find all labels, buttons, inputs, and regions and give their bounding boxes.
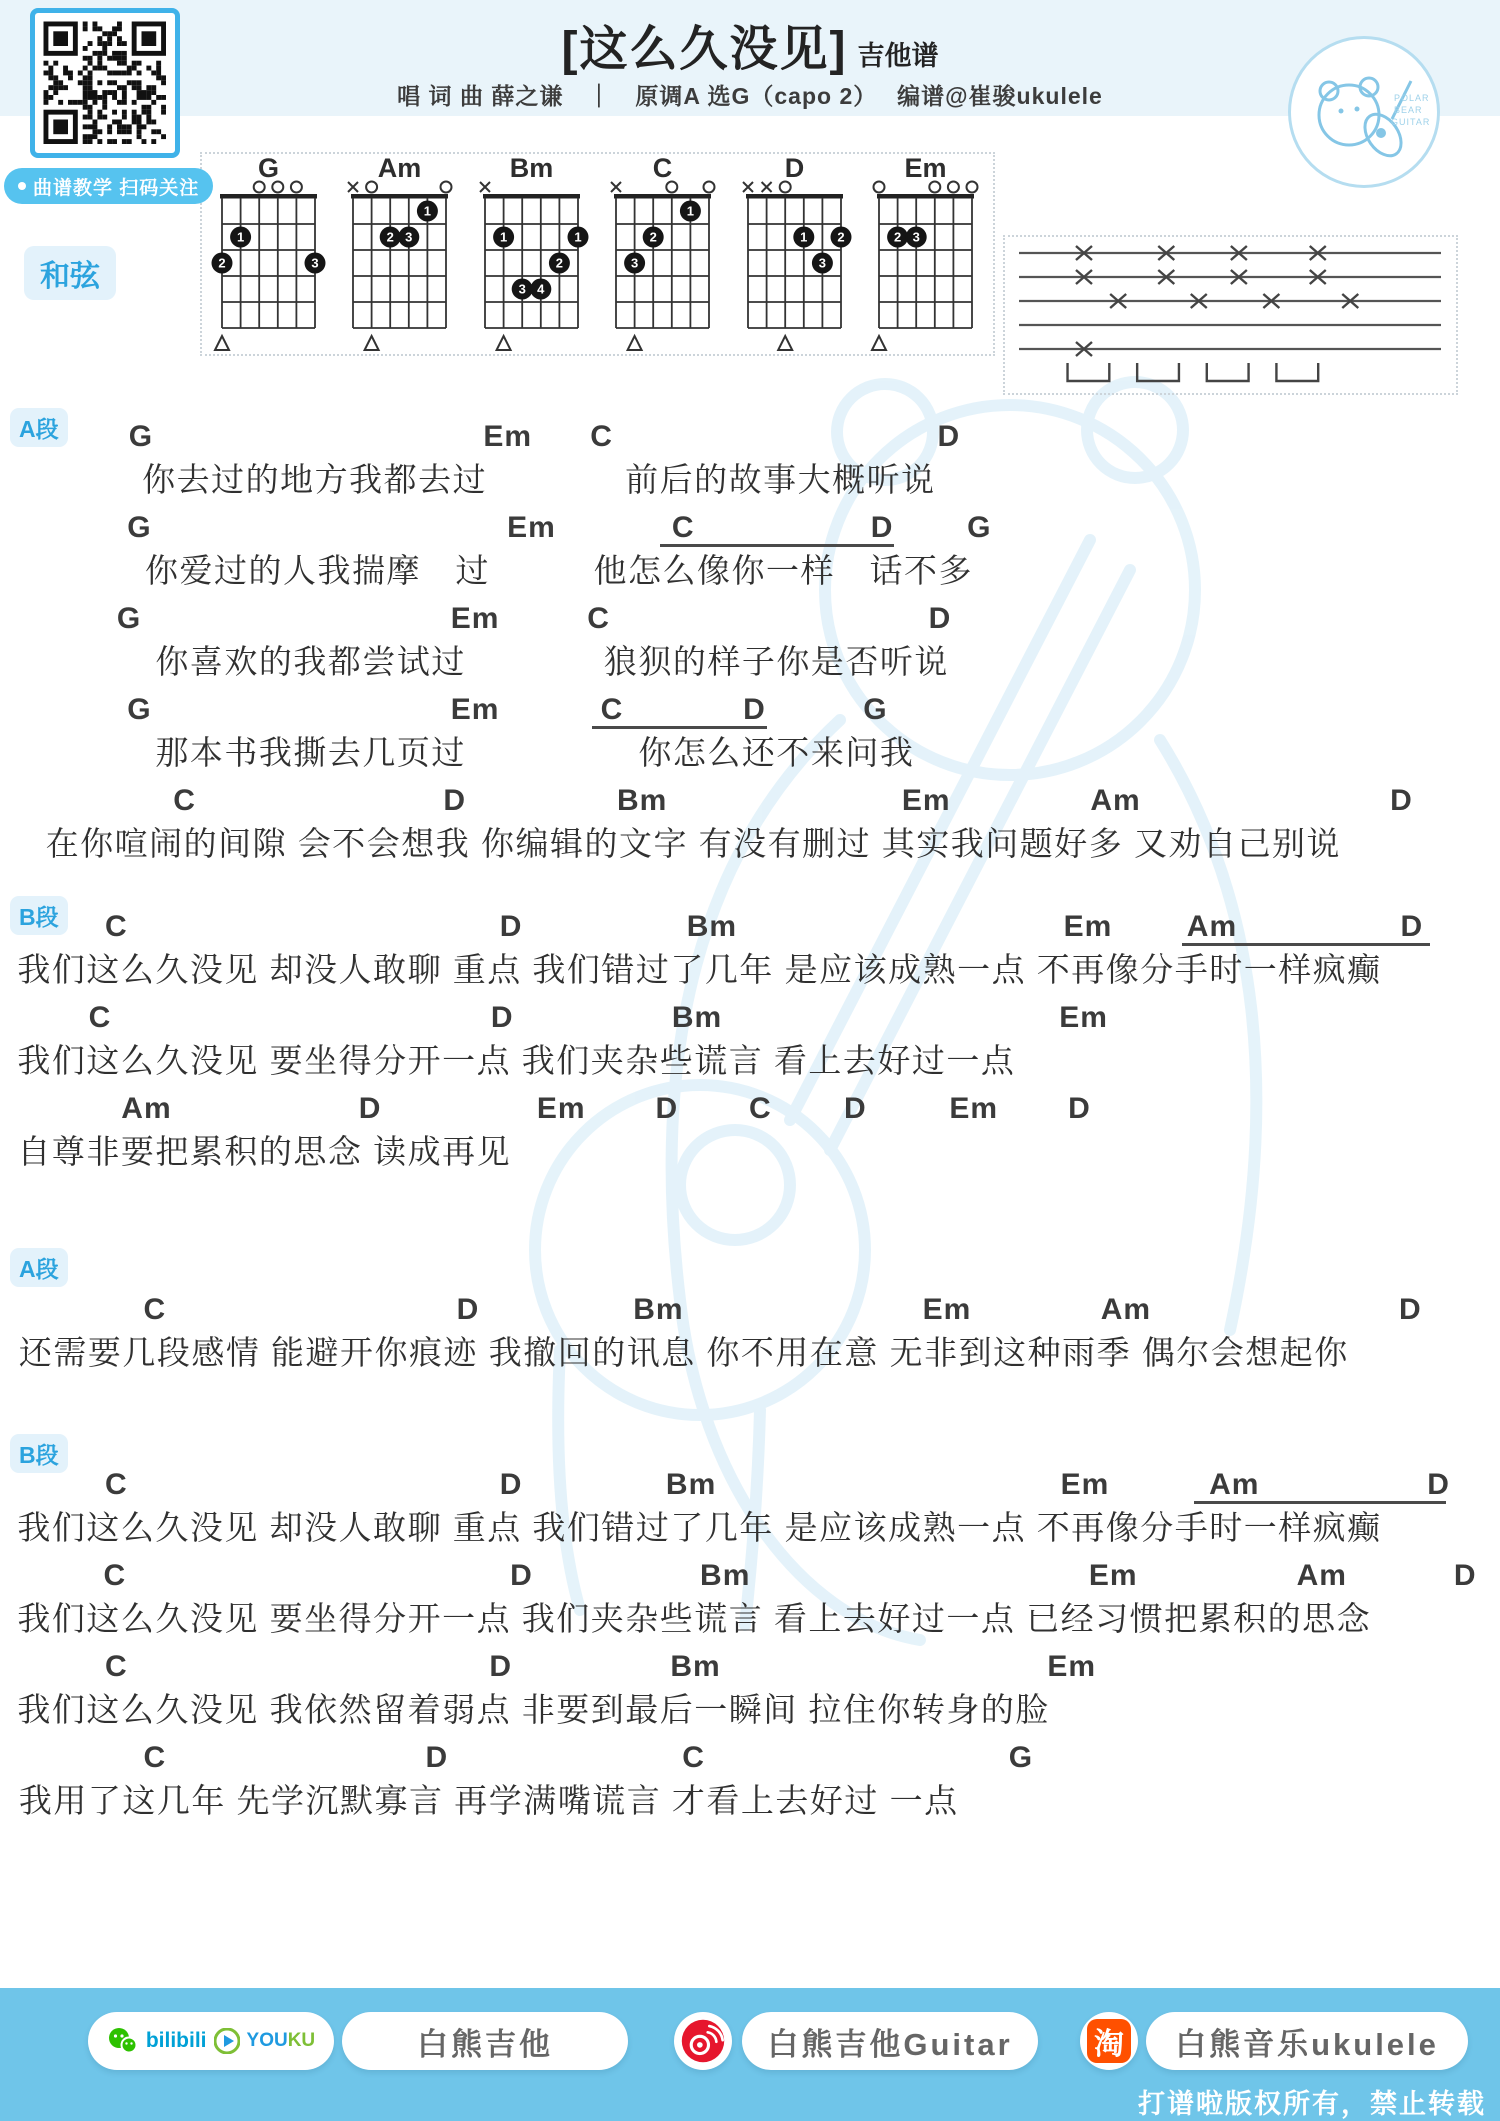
sheet-page: [这么久没见]吉他谱 唱 词 曲 薛之谦 ｜ 原调A 选G（capo 2） 编谱… bbox=[0, 0, 1500, 2121]
chord-label: D bbox=[443, 784, 466, 818]
svg-text:3: 3 bbox=[311, 256, 318, 271]
chord-label: C bbox=[587, 602, 610, 636]
chord-label: D bbox=[489, 1650, 512, 1684]
chord-label: D bbox=[871, 511, 894, 545]
chord-label: D bbox=[500, 910, 523, 944]
svg-text:2: 2 bbox=[218, 256, 225, 271]
lyric-line: 我们这么久没见 却没人敢聊 重点 我们错过了几年 是应该成熟一点 不再像分手时一… bbox=[10, 946, 1494, 993]
chord-line: CDBmEm bbox=[10, 993, 1494, 1037]
badge-baixiong-jita: 白熊吉他 bbox=[342, 2012, 628, 2070]
youku-logo: YOUKU bbox=[247, 2030, 316, 2052]
page-title: [这么久没见]吉他谱 bbox=[0, 10, 1500, 79]
svg-text:G: G bbox=[258, 154, 279, 183]
chord-label: D bbox=[1427, 1468, 1450, 1502]
svg-text:3: 3 bbox=[913, 230, 920, 245]
svg-text:1: 1 bbox=[500, 230, 507, 245]
chord-label: Em bbox=[451, 602, 500, 636]
chord-label: Bm bbox=[700, 1559, 750, 1593]
lyric-line: 你喜欢的我都尝试过 狼狈的样子你是否听说 bbox=[10, 638, 1494, 685]
chord-label: G bbox=[863, 693, 887, 727]
svg-text:Bm: Bm bbox=[510, 154, 554, 183]
chord-label: Em bbox=[507, 511, 556, 545]
bear-logo-drawing: POLAR BEAR GUITAR bbox=[1291, 39, 1437, 185]
lyric-line: 你去过的地方我都去过 前后的故事大概听说 bbox=[10, 456, 1494, 503]
chord-label: D bbox=[743, 693, 766, 727]
qr-code bbox=[30, 8, 180, 158]
svg-text:2: 2 bbox=[556, 256, 563, 271]
copyright-notice: 打谱啦版权所有，禁止转载 bbox=[1138, 2082, 1486, 2121]
chord-label: Am bbox=[1209, 1468, 1259, 1502]
chord-line: CDCG bbox=[10, 1733, 1494, 1777]
chord-label: Bm bbox=[687, 910, 737, 944]
bilibili-logo: bilibili bbox=[146, 2029, 207, 2053]
chord-label: Bm bbox=[670, 1650, 720, 1684]
lyric-line: 我们这么久没见 我依然留着弱点 非要到最后一瞬间 拉住你转身的脸 bbox=[10, 1686, 1494, 1733]
chord-line: CDBmEmAmD bbox=[10, 776, 1494, 820]
chord-label: Am bbox=[121, 1092, 171, 1126]
chord-label: D bbox=[1390, 784, 1413, 818]
chord-underline bbox=[1182, 943, 1430, 946]
svg-text:1: 1 bbox=[687, 204, 694, 219]
chord-label: Em bbox=[902, 784, 951, 818]
chord-label: G bbox=[127, 693, 151, 727]
chord-diagram-Bm: Bm11234 bbox=[468, 154, 596, 354]
chord-label: Am bbox=[1090, 784, 1140, 818]
chord-label: Em bbox=[1064, 910, 1113, 944]
chord-label: Em bbox=[537, 1092, 586, 1126]
chord-label: C bbox=[105, 910, 128, 944]
badge-baixiong-ukulele: 白熊音乐ukulele bbox=[1146, 2012, 1468, 2070]
section-4: B段CDBmEmAmD我们这么久没见 却没人敢聊 重点 我们错过了几年 是应该成… bbox=[10, 1460, 1494, 1824]
chord-label: C bbox=[105, 1650, 128, 1684]
chords-section-label: 和弦 bbox=[24, 246, 116, 300]
chord-line: CDBmEm bbox=[10, 1642, 1494, 1686]
chord-label: Bm bbox=[633, 1293, 683, 1327]
svg-text:POLAR: POLAR bbox=[1394, 93, 1430, 103]
svg-text:2: 2 bbox=[894, 230, 901, 245]
chord-label: Em bbox=[1047, 1650, 1096, 1684]
platform-icons-badge: bilibili YOUKU bbox=[88, 2012, 334, 2070]
section-label: B段 bbox=[10, 1434, 68, 1473]
chord-label: Bm bbox=[666, 1468, 716, 1502]
chord-label: C bbox=[103, 1559, 126, 1593]
taobao-badge: 淘 bbox=[1080, 2012, 1138, 2070]
svg-text:3: 3 bbox=[406, 230, 413, 245]
chord-label: G bbox=[967, 511, 991, 545]
chord-label: Em bbox=[923, 1293, 972, 1327]
chord-line: CDBmEmAmD bbox=[10, 1551, 1494, 1595]
chord-label: C bbox=[682, 1741, 705, 1775]
chord-label: Em bbox=[451, 693, 500, 727]
svg-text:3: 3 bbox=[818, 256, 825, 271]
svg-text:2: 2 bbox=[837, 230, 844, 245]
section-3: A段CDBmEmAmD还需要几段感情 能避开你痕迹 我撤回的讯息 你不用在意 无… bbox=[10, 1285, 1494, 1376]
chord-label: G bbox=[129, 420, 153, 454]
chord-label: D bbox=[1454, 1559, 1477, 1593]
chord-label: C bbox=[601, 693, 624, 727]
chord-label: D bbox=[510, 1559, 533, 1593]
chord-underline bbox=[1194, 1501, 1446, 1504]
chord-label: Am bbox=[1101, 1293, 1151, 1327]
svg-text:C: C bbox=[653, 154, 673, 183]
chord-label: Em bbox=[483, 420, 532, 454]
chord-label: D bbox=[938, 420, 961, 454]
svg-text:D: D bbox=[784, 154, 804, 183]
lyric-line: 你爱过的人我揣摩 过 他怎么像你一样 话不多 bbox=[10, 547, 1494, 594]
chord-label: D bbox=[359, 1092, 382, 1126]
chord-label: Em bbox=[1059, 1001, 1108, 1035]
wechat-icon bbox=[107, 2026, 139, 2056]
chord-label: D bbox=[426, 1741, 449, 1775]
song-credits: 唱 词 曲 薛之谦 ｜ 原调A 选G（capo 2） 编谱@崔骏ukulele bbox=[0, 78, 1500, 111]
chord-label: D bbox=[656, 1092, 679, 1126]
svg-text:Am: Am bbox=[378, 154, 422, 183]
chord-label: D bbox=[929, 602, 952, 636]
chord-label: D bbox=[1068, 1092, 1091, 1126]
chord-label: G bbox=[1009, 1741, 1033, 1775]
qr-caption-text: 曲谱教学 扫码关注 bbox=[33, 173, 199, 200]
chord-label: C bbox=[144, 1293, 167, 1327]
lyric-line: 我用了这几年 先学沉默寡言 再学满嘴谎言 才看上去好过 一点 bbox=[10, 1777, 1494, 1824]
sheet-type-label: 吉他谱 bbox=[857, 41, 938, 71]
chord-label: Am bbox=[1187, 910, 1237, 944]
badge-baixiong-guitar: 白熊吉他Guitar bbox=[742, 2012, 1038, 2070]
section-label: A段 bbox=[10, 408, 68, 447]
chord-label: C bbox=[105, 1468, 128, 1502]
chord-label: C bbox=[749, 1092, 772, 1126]
chord-label: D bbox=[1401, 910, 1424, 944]
section-1: A段GEmCD你去过的地方我都去过 前后的故事大概听说GEmCDG你爱过的人我揣… bbox=[10, 412, 1494, 867]
lyric-line: 在你喧闹的间隙 会不会想我 你编辑的文字 有没有删过 其实我问题好多 又劝自己别… bbox=[10, 820, 1494, 867]
polar-bear-guitar-logo: POLAR BEAR GUITAR bbox=[1288, 36, 1440, 188]
chord-line: GEmCDG bbox=[10, 685, 1494, 729]
svg-text:3: 3 bbox=[518, 282, 525, 297]
chord-label: Em bbox=[949, 1092, 998, 1126]
chord-diagram-Am: Am123 bbox=[336, 154, 464, 354]
chord-diagram-G: G123 bbox=[205, 154, 333, 354]
weibo-badge bbox=[674, 2012, 732, 2070]
chord-diagram-C: C123 bbox=[599, 154, 727, 354]
svg-text:1: 1 bbox=[237, 230, 244, 245]
chord-line: CDBmEmAmD bbox=[10, 902, 1494, 946]
lyric-line: 我们这么久没见 要坐得分开一点 我们夹杂些谎言 看上去好过一点 已经习惯把累积的… bbox=[10, 1595, 1494, 1642]
song-title: [这么久没见] bbox=[562, 23, 848, 76]
youku-play-icon bbox=[214, 2028, 240, 2054]
chord-diagram-D: D123 bbox=[731, 154, 859, 354]
svg-text:1: 1 bbox=[424, 204, 431, 219]
lyric-line: 自尊非要把累积的思念 读成再见 bbox=[10, 1128, 1494, 1175]
chord-label: Am bbox=[1297, 1559, 1347, 1593]
taobao-icon: 淘 bbox=[1087, 2019, 1131, 2063]
svg-text:GUITAR: GUITAR bbox=[1391, 117, 1430, 127]
chord-line: CDBmEmAmD bbox=[10, 1460, 1494, 1504]
svg-text:1: 1 bbox=[800, 230, 807, 245]
svg-text:3: 3 bbox=[631, 256, 638, 271]
svg-text:2: 2 bbox=[650, 230, 657, 245]
svg-text:4: 4 bbox=[537, 282, 545, 297]
chord-label: C bbox=[89, 1001, 112, 1035]
chord-label: Em bbox=[1061, 1468, 1110, 1502]
section-2: B段CDBmEmAmD我们这么久没见 却没人敢聊 重点 我们错过了几年 是应该成… bbox=[10, 902, 1494, 1175]
chord-line: GEmCDG bbox=[10, 503, 1494, 547]
chord-label: D bbox=[844, 1092, 867, 1126]
chord-label: Bm bbox=[672, 1001, 722, 1035]
chord-label: G bbox=[127, 511, 151, 545]
svg-text:Em: Em bbox=[904, 154, 946, 183]
chord-label: C bbox=[672, 511, 695, 545]
strumming-pattern bbox=[1005, 237, 1455, 392]
lyric-line: 还需要几段感情 能避开你痕迹 我撤回的讯息 你不用在意 无非到这种雨季 偶尔会想… bbox=[10, 1329, 1494, 1376]
strumming-pattern-box bbox=[1003, 235, 1458, 395]
lyric-line: 我们这么久没见 要坐得分开一点 我们夹杂些谎言 看上去好过一点 bbox=[10, 1037, 1494, 1084]
chord-label: D bbox=[491, 1001, 514, 1035]
chord-label: Bm bbox=[617, 784, 667, 818]
qr-caption-pill: 曲谱教学 扫码关注 bbox=[4, 168, 213, 204]
lyric-line: 我们这么久没见 却没人敢聊 重点 我们错过了几年 是应该成熟一点 不再像分手时一… bbox=[10, 1504, 1494, 1551]
section-label: A段 bbox=[10, 1248, 68, 1287]
chord-line: CDBmEmAmD bbox=[10, 1285, 1494, 1329]
chord-label: C bbox=[590, 420, 613, 454]
chord-line: AmDEmDCDEmD bbox=[10, 1084, 1494, 1128]
qr-code-pattern bbox=[41, 19, 169, 147]
chord-label: G bbox=[117, 602, 141, 636]
chord-line: GEmCD bbox=[10, 412, 1494, 456]
chord-line: GEmCD bbox=[10, 594, 1494, 638]
header: [这么久没见]吉他谱 唱 词 曲 薛之谦 ｜ 原调A 选G（capo 2） 编谱… bbox=[0, 0, 1500, 116]
weibo-icon bbox=[681, 2019, 725, 2063]
chord-label: D bbox=[457, 1293, 480, 1327]
svg-text:1: 1 bbox=[574, 230, 581, 245]
lyric-line: 那本书我撕去几页过 你怎么还不来问我 bbox=[10, 729, 1494, 776]
chord-label: C bbox=[173, 784, 196, 818]
chord-underline bbox=[660, 544, 894, 547]
section-label: B段 bbox=[10, 896, 68, 935]
chord-diagrams-panel: G123Am123Bm11234C123D123Em23 bbox=[200, 152, 995, 356]
chord-underline bbox=[592, 726, 767, 729]
svg-text:BEAR: BEAR bbox=[1394, 105, 1423, 115]
svg-text:2: 2 bbox=[387, 230, 394, 245]
chord-label: C bbox=[144, 1741, 167, 1775]
bullet-dot-icon bbox=[18, 182, 26, 190]
chord-label: Em bbox=[1089, 1559, 1138, 1593]
chord-diagram-Em: Em23 bbox=[862, 154, 990, 354]
chord-label: D bbox=[500, 1468, 523, 1502]
chord-label: D bbox=[1399, 1293, 1422, 1327]
